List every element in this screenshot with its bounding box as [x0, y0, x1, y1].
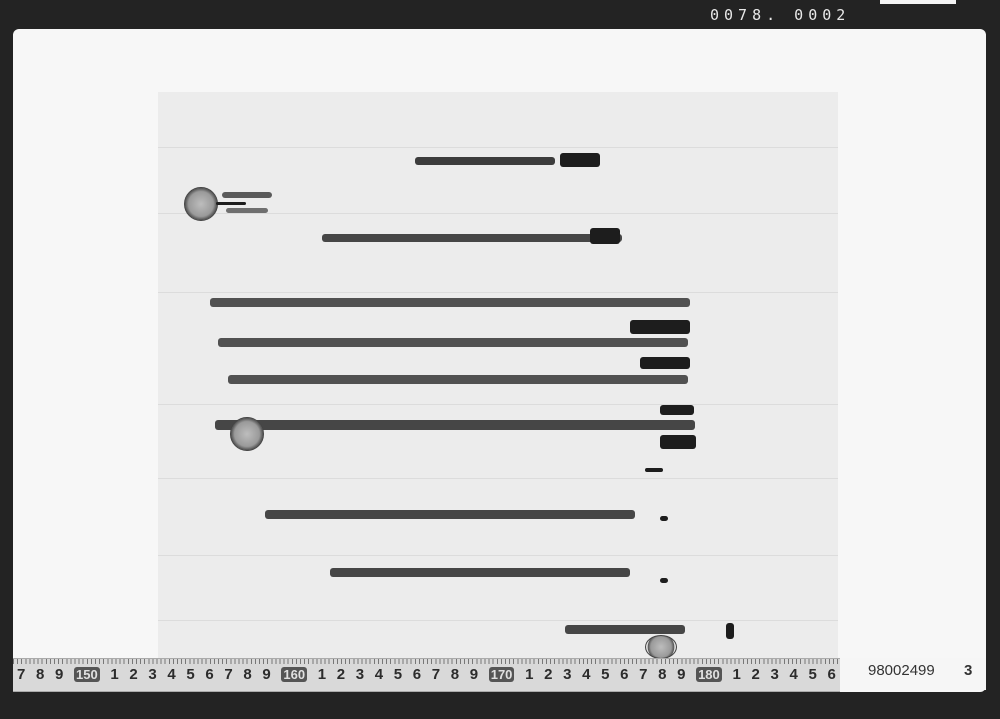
ruler-tick: 1 [732, 666, 740, 683]
ruler-major-tick: 150 [74, 667, 100, 682]
ruler-tick: 7 [17, 666, 25, 683]
ruler-tick: 6 [620, 666, 628, 683]
fold-line [158, 213, 838, 214]
ruler-tick: 6 [413, 666, 421, 683]
seal-icon [645, 635, 677, 659]
ruler-tick: 8 [658, 666, 666, 683]
ruler-tick: 1 [110, 666, 118, 683]
ruler-tick: 9 [262, 666, 270, 683]
ruler-tick: 3 [563, 666, 571, 683]
film-tab [880, 0, 956, 4]
ruler-tick: 5 [394, 666, 402, 683]
fold-line [158, 292, 838, 293]
ruler-tick: 9 [470, 666, 478, 683]
ruler-tick: 7 [224, 666, 232, 683]
page-marker: 3 [964, 662, 972, 679]
seal-icon [184, 187, 218, 221]
ruler-tick: 3 [148, 666, 156, 683]
ruler-tick: 1 [525, 666, 533, 683]
fold-line [158, 620, 838, 621]
ruler-tick: 6 [827, 666, 835, 683]
ruler-tick: 3 [356, 666, 364, 683]
ruler-tick: 4 [375, 666, 383, 683]
ruler-tick: 1 [318, 666, 326, 683]
ruler-major-tick: 170 [489, 667, 515, 682]
ruler-tick: 5 [601, 666, 609, 683]
ruler-major-tick: 180 [696, 667, 722, 682]
ruler-tick: 4 [167, 666, 175, 683]
ruler-tick: 2 [544, 666, 552, 683]
fold-line [158, 478, 838, 479]
ruler-tick: 8 [243, 666, 251, 683]
ruler-major-tick: 160 [281, 667, 307, 682]
mark [645, 468, 663, 472]
ruler-tick: 7 [639, 666, 647, 683]
ruler-tick: 4 [789, 666, 797, 683]
fold-line [158, 555, 838, 556]
document-paper [158, 92, 838, 692]
ruler-tick: 6 [205, 666, 213, 683]
fold-line [158, 404, 838, 405]
ruler-tick: 2 [751, 666, 759, 683]
ruler-tick: 5 [808, 666, 816, 683]
ruler-tick: 2 [129, 666, 137, 683]
ruler-scale: 7 8 9 150 1 2 3 4 5 6 7 8 9 160 1 2 3 4 … [13, 663, 840, 685]
ruler-tick: 2 [337, 666, 345, 683]
ruler-tick: 9 [55, 666, 63, 683]
fold-line [158, 147, 838, 148]
ruler-tick: 8 [36, 666, 44, 683]
ruler-tick: 9 [677, 666, 685, 683]
ruler-tick: 5 [186, 666, 194, 683]
seal-icon [230, 417, 264, 451]
ruler-tick: 8 [451, 666, 459, 683]
catalog-id: 98002499 [868, 662, 935, 679]
ruler-tick: 4 [582, 666, 590, 683]
ruler-tick: 3 [770, 666, 778, 683]
reel-number: 0078. 0002 [710, 6, 850, 24]
ruler-tick: 7 [432, 666, 440, 683]
